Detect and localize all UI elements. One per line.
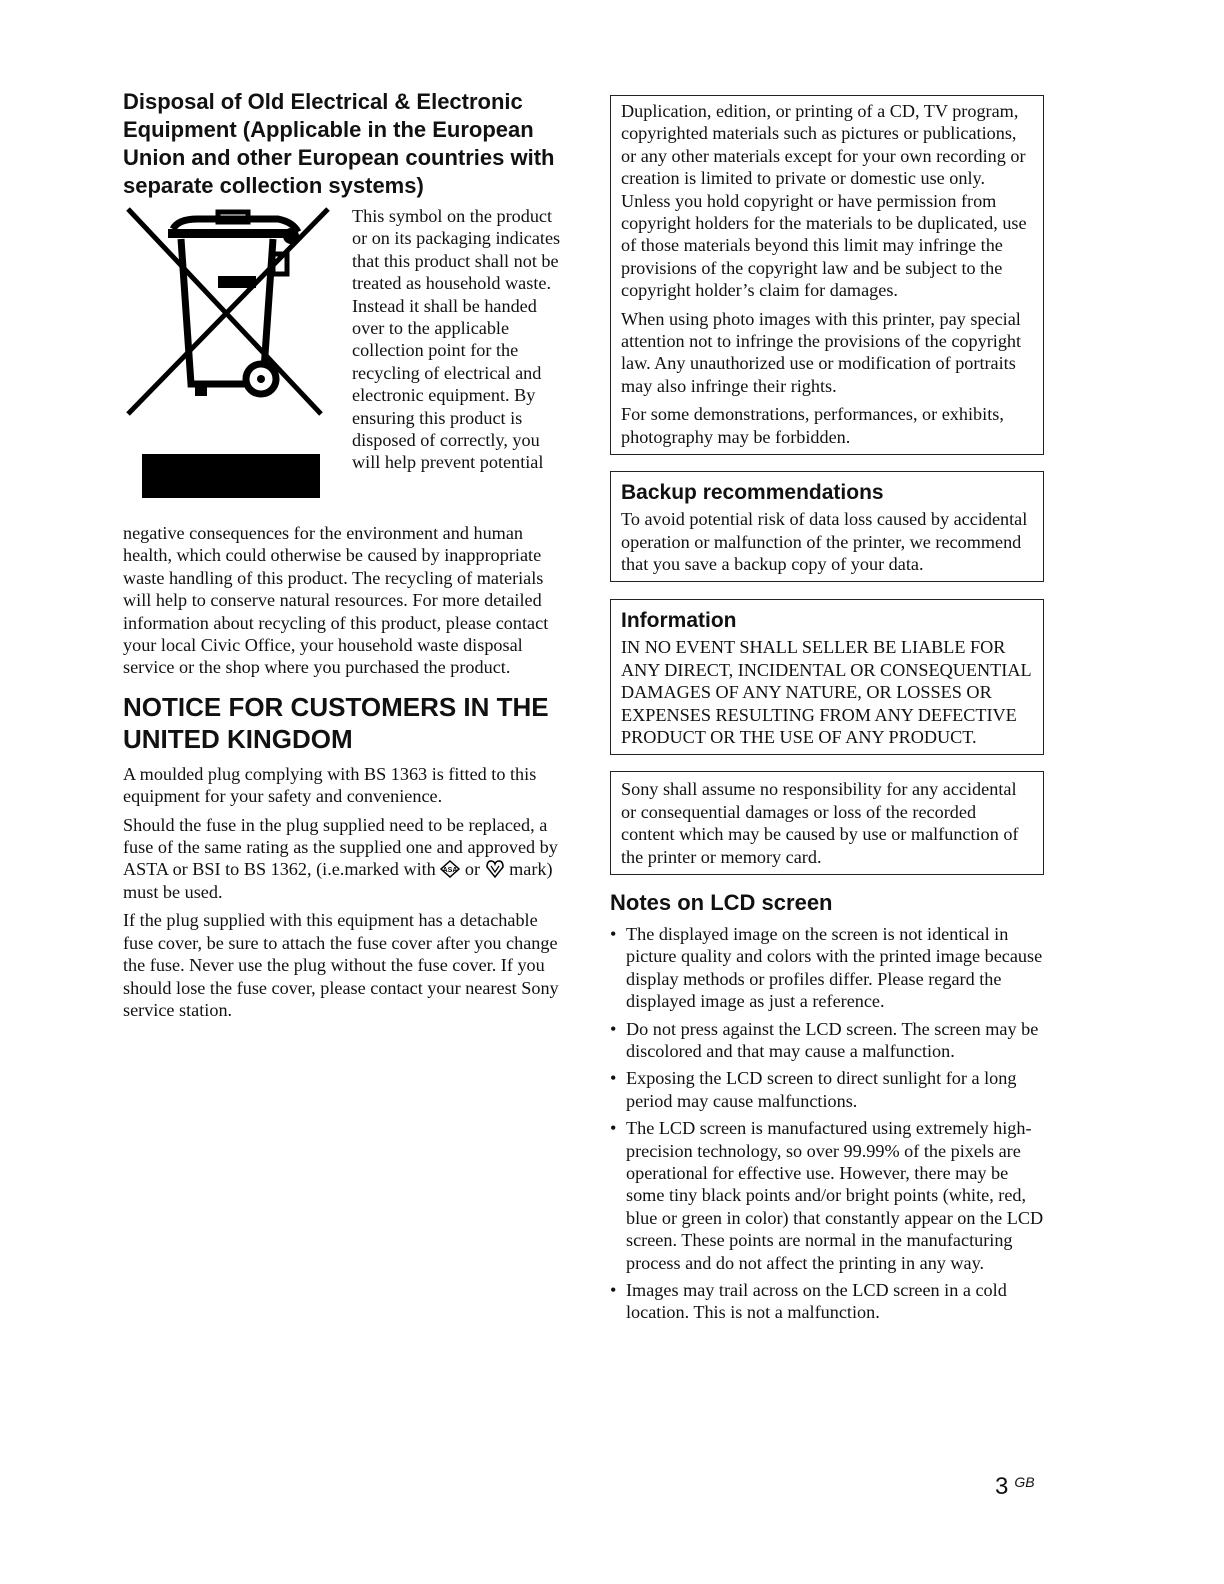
copyright-para-2: When using photo images with this printe…	[621, 308, 1033, 398]
list-item: •The LCD screen is manufactured using ex…	[610, 1117, 1044, 1274]
uk-notice-para-1: A moulded plug complying with BS 1363 is…	[123, 763, 563, 808]
svg-text:ASA: ASA	[443, 867, 458, 874]
information-box: Information IN NO EVENT SHALL SELLER BE …	[610, 599, 1044, 755]
sony-responsibility-text: Sony shall assume no responsibility for …	[621, 778, 1033, 868]
backup-heading: Backup recommendations	[621, 480, 1033, 506]
weee-black-bar	[142, 454, 320, 498]
backup-text: To avoid potential risk of data loss cau…	[621, 508, 1033, 575]
lcd-notes-heading: Notes on LCD screen	[610, 889, 1044, 917]
copyright-para-3: For some demonstrations, performances, o…	[621, 403, 1033, 448]
left-column: Disposal of Old Electrical & Electronic …	[123, 88, 563, 1027]
page-number: 3GB	[995, 1473, 1035, 1501]
list-item: •The displayed image on the screen is no…	[610, 923, 1044, 1013]
backup-box: Backup recommendations To avoid potentia…	[610, 471, 1044, 582]
bsi-kitemark-icon	[485, 860, 505, 878]
page-suffix: GB	[1014, 1474, 1034, 1490]
information-heading: Information	[621, 608, 1033, 634]
list-item: •Do not press against the LCD screen. Th…	[610, 1018, 1044, 1063]
lcd-notes-list: •The displayed image on the screen is no…	[610, 923, 1044, 1324]
uk-notice-heading: NOTICE FOR CUSTOMERS IN THE UNITED KINGD…	[123, 691, 563, 755]
disposal-symbol-text: This symbol on the product or on its pac…	[352, 205, 567, 474]
disposal-heading: Disposal of Old Electrical & Electronic …	[123, 88, 563, 200]
weee-section: This symbol on the product or on its pac…	[123, 204, 563, 522]
information-text: IN NO EVENT SHALL SELLER BE LIABLE FOR A…	[621, 636, 1033, 748]
list-item: •Exposing the LCD screen to direct sunli…	[610, 1067, 1044, 1112]
copyright-box: Duplication, edition, or printing of a C…	[610, 95, 1044, 455]
list-item: •Images may trail across on the LCD scre…	[610, 1279, 1044, 1324]
asta-mark-icon: ASA	[440, 860, 460, 878]
disposal-text: negative consequences for the environmen…	[123, 522, 563, 679]
copyright-para-1: Duplication, edition, or printing of a C…	[621, 100, 1033, 302]
crossed-out-wheelie-bin-icon	[123, 204, 333, 419]
uk-notice-para-3: If the plug supplied with this equipment…	[123, 909, 563, 1021]
uk-notice-para-2: Should the fuse in the plug supplied nee…	[123, 814, 563, 904]
sony-responsibility-box: Sony shall assume no responsibility for …	[610, 771, 1044, 875]
right-column: Duplication, edition, or printing of a C…	[610, 95, 1044, 1329]
